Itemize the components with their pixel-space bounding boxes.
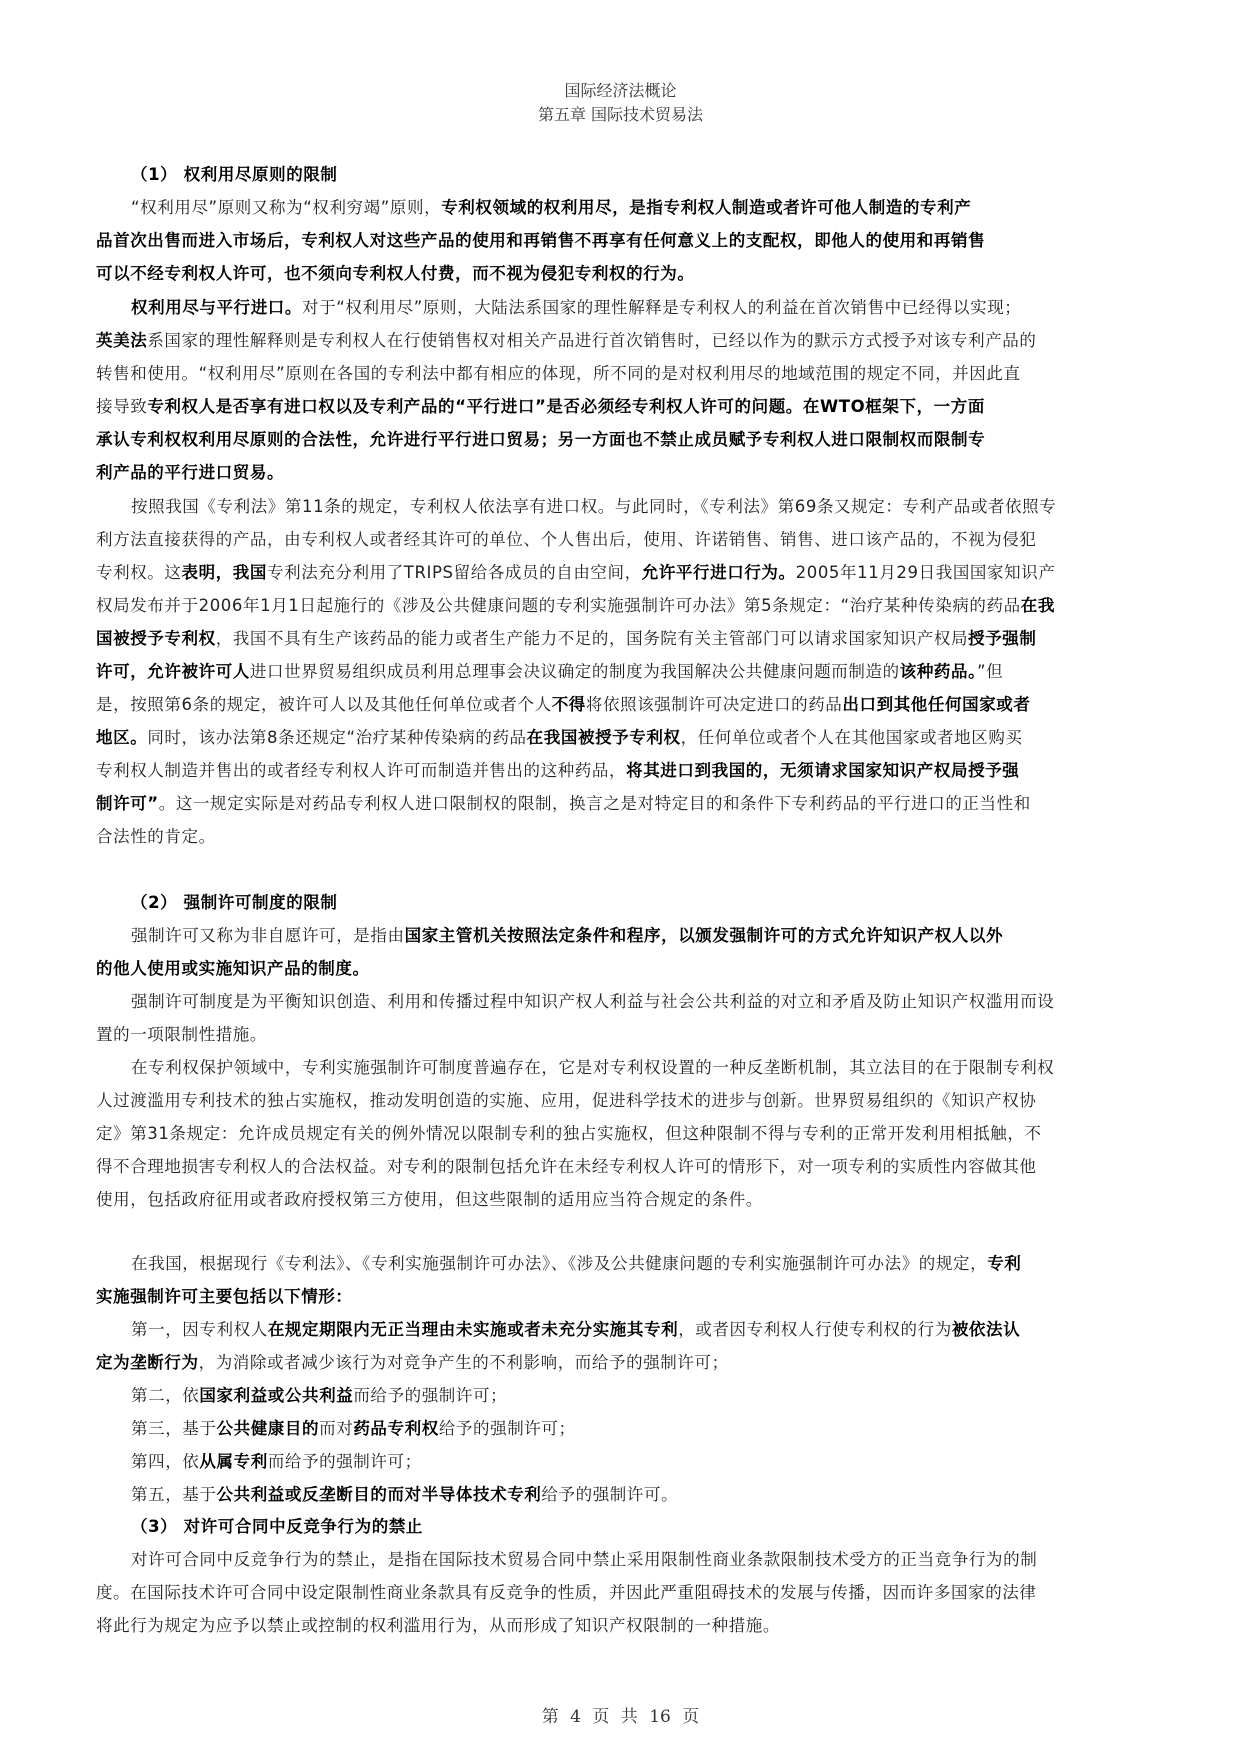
bold-text-segment: （2） 强制许可制度的限制 [131,893,338,912]
text-segment: 在专利权保护领域中，专利实施强制许可制度普遍存在，它是对专利权设置的一种反垄断机… [131,1058,1054,1077]
document-page: 国际经济法概论 第五章 国际技术贸易法 （1） 权利用尽原则的限制“权利用尽”原… [0,0,1241,1754]
text-segment: 而给予的强制许可； [268,1452,422,1471]
text-segment: 2005年11月29日我国国家知识产 [796,563,1056,582]
bold-text-segment: 英美法 [96,331,147,350]
text-segment: 对许可合同中反竞争行为的禁止，是指在国际技术贸易合同中禁止采用限制性商业条款限制… [131,1550,1037,1569]
text-line: 按照我国《专利法》第11条的规定，专利权人依法享有进口权。与此同时，《专利法》第… [131,496,1181,518]
text-segment: 。这一规定实际是对药品专利权人进口限制权的限制，换言之是对特定目的和条件下专利药… [159,794,1031,813]
bold-text-segment: 在我 [1021,596,1055,615]
text-line: 第二，依国家利益或公共利益而给予的强制许可； [131,1385,1181,1407]
text-segment: 度。在国际技术许可合同中设定限制性商业条款具有反竞争的性质，并因此严重阻碍技术的… [96,1583,1037,1602]
text-line: 品首次出售而进入市场后，专利权人对这些产品的使用和再销售不再享有任何意义上的支配… [96,230,1146,252]
text-line: 强制许可又称为非自愿许可，是指由国家主管机关按照法定条件和程序，以颁发强制许可的… [131,925,1181,947]
bold-text-segment: 允许平行进口行为。 [642,563,796,582]
bold-text-segment: 地区。 [96,728,147,747]
text-segment: ，为消除或者减少该行为对竞争产生的不利影响，而给予的强制许可； [199,1353,729,1372]
bold-text-segment: 授予强制 [968,629,1036,648]
chapter-title: 第五章 国际技术贸易法 [0,102,1241,125]
book-title: 国际经济法概论 [0,78,1241,101]
bold-text-segment: 不得 [552,695,586,714]
text-line: 转售和使用。“权利用尽”原则在各国的专利法中都有相应的体现，所不同的是对权利用尽… [96,363,1146,385]
text-line: 第一，因专利权人在规定期限内无正当理由未实施或者未充分实施其专利，或者因专利权人… [131,1319,1181,1341]
text-segment: 权局发布并于2006年1月1日起施行的《涉及公共健康问题的专利实施强制许可办法》… [96,596,1021,615]
text-line: 可以不经专利权人许可，也不须向专利权人付费，而不视为侵犯专利权的行为。 [96,263,1146,285]
text-segment: ，我国不具有生产该药品的能力或者生产能力不足的，国务院有关主管部门可以请求国家知… [216,629,968,648]
text-segment: 将依照该强制许可决定进口的药品 [586,695,843,714]
text-line: 许可，允许被许可人进口世界贸易组织成员利用总理事会决议确定的制度为我国解决公共健… [96,661,1146,683]
text-segment: 系国家的理性解释则是专利权人在行使销售权对相关产品进行首次销售时，已经以作为的默… [147,331,1036,350]
text-line: 置的一项限制性措施。 [96,1024,1146,1046]
text-line: “权利用尽”原则又称为“权利穷竭”原则，专利权领域的权利用尽，是指专利权人制造或… [131,197,1181,219]
text-segment: 而对 [319,1419,353,1438]
text-segment: 转售和使用。“权利用尽”原则在各国的专利法中都有相应的体现，所不同的是对权利用尽… [96,364,1021,383]
bold-text-segment: 专利权人是否享有进口权以及专利产品的“平行进口”是否必须经专利权人许可的问题。在… [147,397,985,416]
bold-text-segment: 利产品的平行进口贸易。 [96,463,284,482]
text-line: 的他人使用或实施知识产品的制度。 [96,958,1146,980]
text-segment: 置的一项限制性措施。 [96,1025,267,1044]
text-line: 专利权。这表明，我国专利法充分利用了TRIPS留给各成员的自由空间，允许平行进口… [96,562,1146,584]
bold-text-segment: 公共利益或反垄断目的而对半导体技术专利 [217,1485,542,1504]
text-line: 第五，基于公共利益或反垄断目的而对半导体技术专利给予的强制许可。 [131,1484,1181,1506]
text-segment: 对于“权利用尽”原则，大陆法系国家的理性解释是专利权人的利益在首次销售中已经得以… [302,298,1021,317]
bold-text-segment: 被依法认 [952,1320,1020,1339]
text-line: 接导致专利权人是否享有进口权以及专利产品的“平行进口”是否必须经专利权人许可的问… [96,396,1146,418]
text-segment: 第五，基于 [131,1485,217,1504]
text-segment: 按照我国《专利法》第11条的规定，专利权人依法享有进口权。与此同时，《专利法》第… [131,497,1056,516]
text-segment: 第四，依 [131,1452,199,1471]
text-line: 权利用尽与平行进口。对于“权利用尽”原则，大陆法系国家的理性解释是专利权人的利益… [131,297,1181,319]
bold-text-segment: 在规定期限内无正当理由未实施或者未充分实施其专利 [268,1320,678,1339]
page-number: 第 4 页 共 16 页 [0,1702,1241,1727]
text-line: 国被授予专利权，我国不具有生产该药品的能力或者生产能力不足的，国务院有关主管部门… [96,628,1146,650]
text-line: 第三，基于公共健康目的而对药品专利权给予的强制许可； [131,1418,1181,1440]
text-segment: 专利权人制造并售出的或者经专利权人许可而制造并售出的这种药品， [96,761,626,780]
text-line: 人过渡滥用专利技术的独占实施权，推动发明创造的实施、应用，促进科学技术的进步与创… [96,1090,1146,1112]
text-segment: 同时，该办法第8条还规定“治疗某种传染病的药品 [147,728,526,747]
text-line: 使用，包括政府征用或者政府授权第三方使用，但这些限制的适用应当符合规定的条件。 [96,1189,1146,1211]
text-line: （2） 强制许可制度的限制 [131,892,1181,914]
text-line: 将此行为规定为应予以禁止或控制的权利滥用行为，从而形成了知识产权限制的一种措施。 [96,1615,1146,1637]
text-segment: 专利权。这 [96,563,182,582]
bold-text-segment: 该种药品。 [900,662,977,681]
text-segment: ”但 [977,662,1003,681]
text-segment: 是，按照第6条的规定，被许可人以及其他任何单位或者个人 [96,695,552,714]
text-segment: ，任何单位或者个人在其他国家或者地区购买 [681,728,1023,747]
bold-text-segment: 制许可” [96,794,159,813]
bold-text-segment: 药品专利权 [353,1419,439,1438]
text-line: 权局发布并于2006年1月1日起施行的《涉及公共健康问题的专利实施强制许可办法》… [96,595,1146,617]
bold-text-segment: 表明，我国 [182,563,268,582]
bold-text-segment: 定为垄断行为 [96,1353,199,1372]
text-segment: 人过渡滥用专利技术的独占实施权，推动发明创造的实施、应用，促进科学技术的进步与创… [96,1091,1037,1110]
text-line: 英美法系国家的理性解释则是专利权人在行使销售权对相关产品进行首次销售时，已经以作… [96,330,1146,352]
text-segment: 使用，包括政府征用或者政府授权第三方使用，但这些限制的适用应当符合规定的条件。 [96,1190,763,1209]
bold-text-segment: （3） 对许可合同中反竞争行为的禁止 [131,1517,423,1536]
text-line: 合法性的肯定。 [96,826,1146,848]
text-line: 在我国，根据现行《专利法》、《专利实施强制许可办法》、《涉及公共健康问题的专利实… [131,1253,1181,1275]
bold-text-segment: 出口到其他任何国家或者 [842,695,1030,714]
text-line: 得不合理地损害专利权人的合法权益。对专利的限制包括允许在未经专利权人许可的情形下… [96,1156,1146,1178]
text-segment: 在我国，根据现行《专利法》、《专利实施强制许可办法》、《涉及公共健康问题的专利实… [131,1254,987,1273]
text-segment: “权利用尽”原则又称为“权利穷竭”原则， [131,198,441,217]
text-segment: 将此行为规定为应予以禁止或控制的权利滥用行为，从而形成了知识产权限制的一种措施。 [96,1616,780,1635]
bold-text-segment: 专利 [987,1254,1021,1273]
text-line: 是，按照第6条的规定，被许可人以及其他任何单位或者个人不得将依照该强制许可决定进… [96,694,1146,716]
text-line: 在专利权保护领域中，专利实施强制许可制度普遍存在，它是对专利权设置的一种反垄断机… [131,1057,1181,1079]
text-line: 对许可合同中反竞争行为的禁止，是指在国际技术贸易合同中禁止采用限制性商业条款限制… [131,1549,1181,1571]
text-line: 利产品的平行进口贸易。 [96,462,1146,484]
bold-text-segment: 品首次出售而进入市场后，专利权人对这些产品的使用和再销售不再享有任何意义上的支配… [96,231,985,250]
text-line: 专利权人制造并售出的或者经专利权人许可而制造并售出的这种药品，将其进口到我国的，… [96,760,1146,782]
bold-text-segment: 将其进口到我国的，无须请求国家知识产权局授予强 [626,761,1019,780]
text-segment: 第二，依 [131,1386,199,1405]
bold-text-segment: 可以不经专利权人许可，也不须向专利权人付费，而不视为侵犯专利权的行为。 [96,264,695,283]
bold-text-segment: 在我国被授予专利权 [527,728,681,747]
bold-text-segment: 国被授予专利权 [96,629,216,648]
bold-text-segment: 国家主管机关按照法定条件和程序，以颁发强制许可的方式允许知识产权人以外 [405,926,1004,945]
text-segment: 合法性的肯定。 [96,827,216,846]
text-line: （1） 权利用尽原则的限制 [131,164,1181,186]
text-segment: 给予的强制许可； [439,1419,576,1438]
bold-text-segment: 从属专利 [199,1452,267,1471]
text-line: 定》第31条规定：允许成员规定有关的例外情况以限制专利的独占实施权，但这种限制不… [96,1123,1146,1145]
text-line: 强制许可制度是为平衡知识创造、利用和传播过程中知识产权人利益与社会公共利益的对立… [131,991,1181,1013]
bold-text-segment: （1） 权利用尽原则的限制 [131,165,338,184]
text-segment: 第一，因专利权人 [131,1320,268,1339]
text-line: 承认专利权权利用尽原则的合法性，允许进行平行进口贸易；另一方面也不禁止成员赋予专… [96,429,1146,451]
bold-text-segment: 的他人使用或实施知识产品的制度。 [96,959,370,978]
text-line: 实施强制许可主要包括以下情形： [96,1286,1146,1308]
bold-text-segment: 权利用尽与平行进口。 [131,298,302,317]
bold-text-segment: 专利权领域的权利用尽，是指专利权人制造或者许可他人制造的专利产 [441,198,971,217]
text-segment: 给予的强制许可。 [541,1485,678,1504]
text-line: 第四，依从属专利而给予的强制许可； [131,1451,1181,1473]
text-line: 地区。同时，该办法第8条还规定“治疗某种传染病的药品在我国被授予专利权，任何单位… [96,727,1146,749]
text-segment: 得不合理地损害专利权人的合法权益。对专利的限制包括允许在未经专利权人许可的情形下… [96,1157,1037,1176]
text-segment: 进口世界贸易组织成员利用总理事会决议确定的制度为我国解决公共健康问题而制造的 [250,662,900,681]
text-segment: ，或者因专利权人行使专利权的行为 [678,1320,952,1339]
text-segment: 强制许可又称为非自愿许可，是指由 [131,926,405,945]
text-segment: 而给予的强制许可； [353,1386,507,1405]
bold-text-segment: 国家利益或公共利益 [199,1386,353,1405]
text-segment: 定》第31条规定：允许成员规定有关的例外情况以限制专利的独占实施权，但这种限制不… [96,1124,1042,1143]
text-line: 定为垄断行为，为消除或者减少该行为对竞争产生的不利影响，而给予的强制许可； [96,1352,1146,1374]
text-segment: 第三，基于 [131,1419,217,1438]
bold-text-segment: 公共健康目的 [217,1419,320,1438]
text-segment: 专利法充分利用了TRIPS留给各成员的自由空间， [267,563,642,582]
text-line: 度。在国际技术许可合同中设定限制性商业条款具有反竞争的性质，并因此严重阻碍技术的… [96,1582,1146,1604]
text-line: 利方法直接获得的产品，由专利权人或者经其许可的单位、个人售出后，使用、许诺销售、… [96,529,1146,551]
text-line: （3） 对许可合同中反竞争行为的禁止 [131,1516,1181,1538]
text-segment: 利方法直接获得的产品，由专利权人或者经其许可的单位、个人售出后，使用、许诺销售、… [96,530,1037,549]
text-segment: 接导致 [96,397,147,416]
text-segment: 强制许可制度是为平衡知识创造、利用和传播过程中知识产权人利益与社会公共利益的对立… [131,992,1054,1011]
bold-text-segment: 实施强制许可主要包括以下情形： [96,1287,353,1306]
text-line: 制许可”。这一规定实际是对药品专利权人进口限制权的限制，换言之是对特定目的和条件… [96,793,1146,815]
bold-text-segment: 承认专利权权利用尽原则的合法性，允许进行平行进口贸易；另一方面也不禁止成员赋予专… [96,430,985,449]
bold-text-segment: 许可，允许被许可人 [96,662,250,681]
